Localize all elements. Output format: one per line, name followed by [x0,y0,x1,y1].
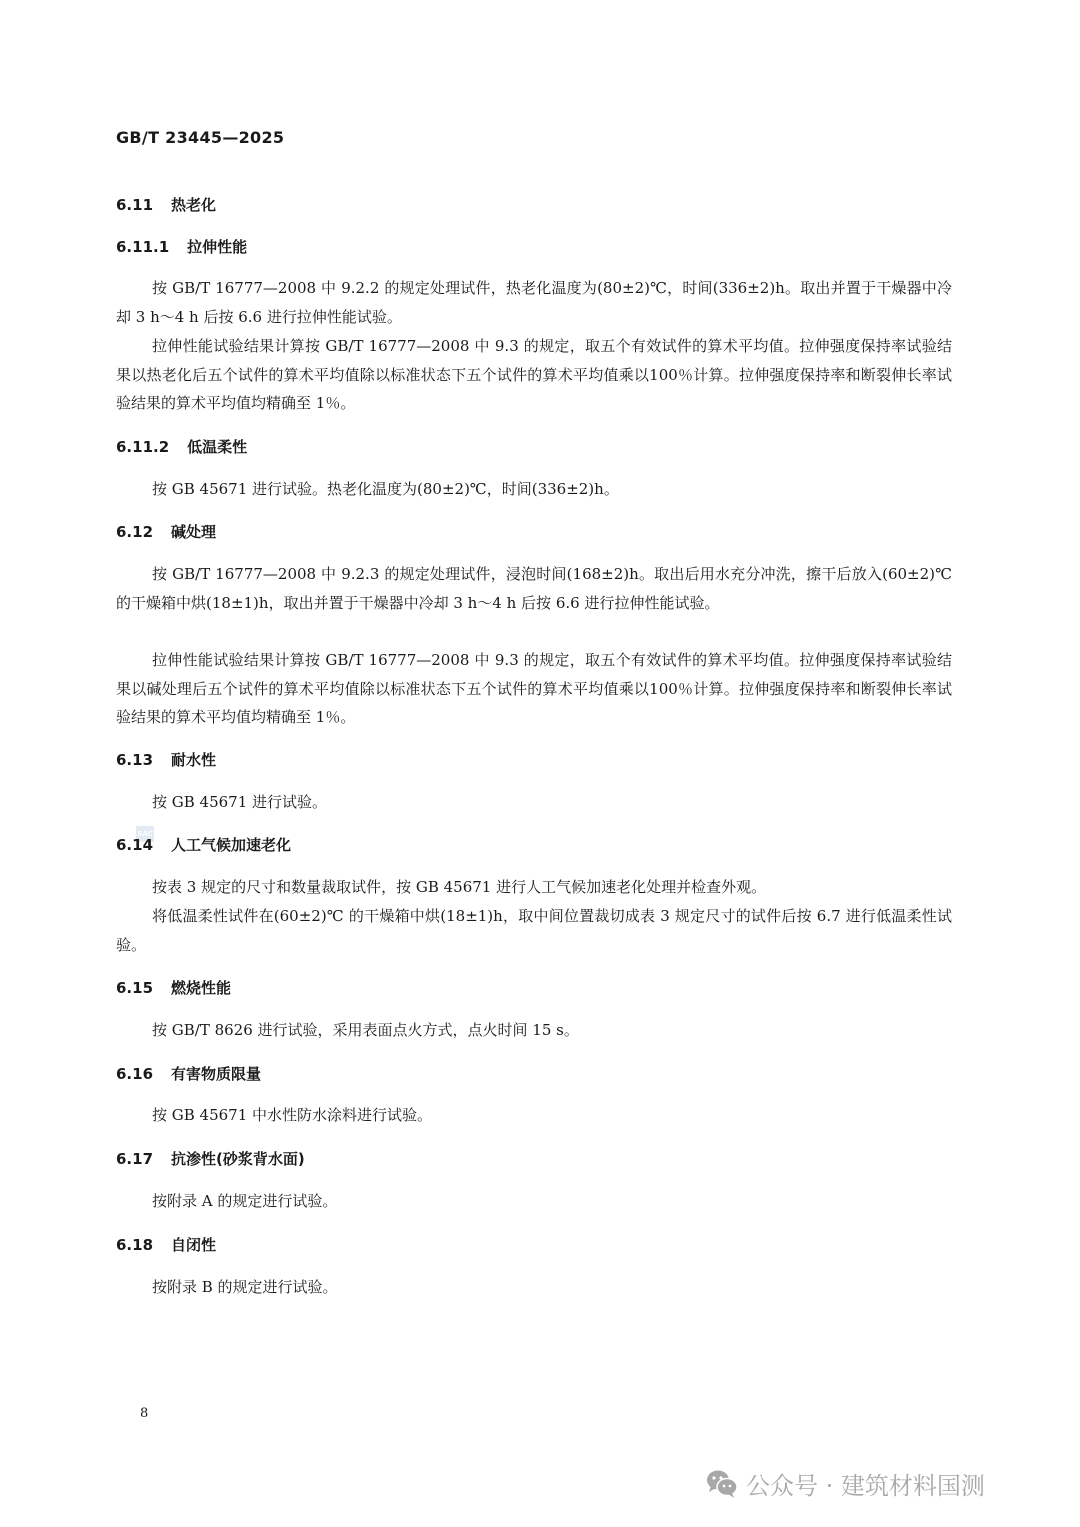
section-number: 6.11.2 [116,438,169,456]
section-title: 燃烧性能 [171,979,231,997]
section-heading-6-11: 6.11热老化 [116,194,216,215]
section-title: 低温柔性 [187,438,247,456]
paragraph: 按 GB/T 8626 进行试验，采用表面点火方式，点火时间 15 s。 [116,1016,952,1045]
wechat-icon [706,1469,738,1499]
standard-code-header: GB/T 23445—2025 [116,128,284,147]
section-heading-6-11-2: 6.11.2低温柔性 [116,436,247,457]
paragraph: 按 GB 45671 中水性防水涂料进行试验。 [116,1101,952,1130]
section-title: 人工气候加速老化 [171,836,291,854]
paragraph: 按 GB 45671 进行试验。 [116,788,952,817]
section-heading-6-14: 6.14人工气候加速老化 [116,834,291,855]
paragraph: 按 GB 45671 进行试验。热老化温度为(80±2)℃，时间(336±2)h… [116,475,952,504]
paragraph: 按附录 B 的规定进行试验。 [116,1273,952,1302]
watermark-text: 公众号 · 建筑材料国测 [746,1466,985,1501]
paragraph: 按附录 A 的规定进行试验。 [116,1187,952,1216]
section-heading-6-18: 6.18自闭性 [116,1234,216,1255]
section-title: 拉伸性能 [187,238,247,256]
section-heading-6-16: 6.16有害物质限量 [116,1063,261,1084]
section-number: 6.14 [116,836,153,854]
section-heading-6-12: 6.12碱处理 [116,521,216,542]
section-heading-6-15: 6.15燃烧性能 [116,977,231,998]
paragraph: 按表 3 规定的尺寸和数量裁取试件，按 GB 45671 进行人工气候加速老化处… [116,873,952,902]
section-heading-6-17: 6.17抗渗性(砂浆背水面) [116,1148,305,1169]
section-number: 6.15 [116,979,153,997]
section-title: 碱处理 [171,523,216,541]
section-title: 有害物质限量 [171,1065,261,1083]
section-number: 6.17 [116,1150,153,1168]
paragraph: 拉伸性能试验结果计算按 GB/T 16777—2008 中 9.3 的规定，取五… [116,646,952,732]
section-title: 自闭性 [171,1236,216,1254]
section-number: 6.12 [116,523,153,541]
section-title: 抗渗性(砂浆背水面) [171,1150,305,1168]
section-number: 6.18 [116,1236,153,1254]
section-title: 耐水性 [171,751,216,769]
section-number: 6.11 [116,196,153,214]
section-number: 6.16 [116,1065,153,1083]
section-heading-6-13: 6.13耐水性 [116,749,216,770]
watermark: 公众号 · 建筑材料国测 [706,1466,985,1501]
paragraph: 按 GB/T 16777—2008 中 9.2.3 的规定处理试件，浸泡时间(1… [116,560,952,617]
section-title: 热老化 [171,196,216,214]
page-number: 8 [140,1406,148,1421]
paragraph: 拉伸性能试验结果计算按 GB/T 16777—2008 中 9.3 的规定，取五… [116,332,952,418]
section-number: 6.13 [116,751,153,769]
section-number: 6.11.1 [116,238,169,256]
paragraph: 将低温柔性试件在(60±2)℃ 的干燥箱中烘(18±1)h，取中间位置裁切成表 … [116,902,952,959]
section-heading-6-11-1: 6.11.1拉伸性能 [116,236,247,257]
paragraph: 按 GB/T 16777—2008 中 9.2.2 的规定处理试件，热老化温度为… [116,274,952,331]
